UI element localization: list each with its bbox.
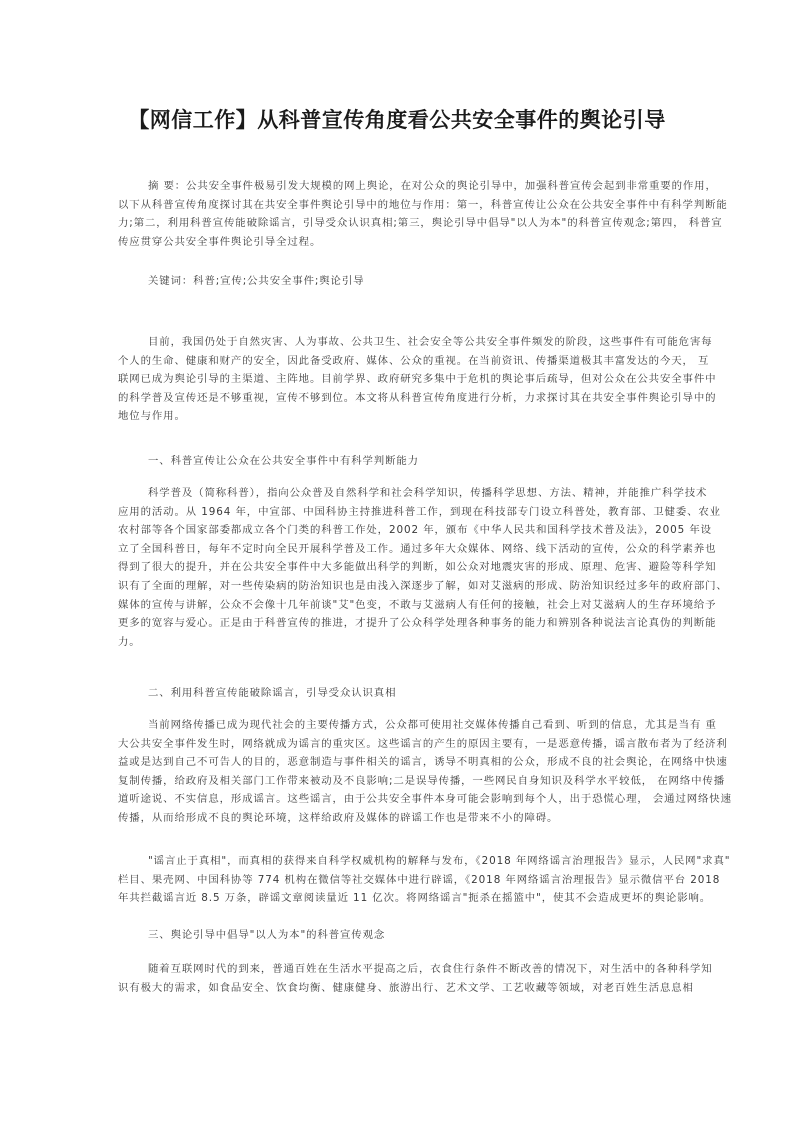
paragraph-line: 的科学普及宣传还是不够重视，宣传不够到位。本文将从科普宣传角度进行分析，力求探讨…: [118, 389, 690, 408]
paragraph-line: 联网已成为舆论引导的主渠道、主阵地。目前学界、政府研究多集中于危机的舆论事后疏导…: [118, 370, 690, 389]
abstract-line: 摘 要：公共安全事件极易引发大规模的网上舆论，在对公众的舆论引导中，加强科普宣传…: [118, 177, 690, 196]
paragraph-line: 大公共安全事件发生时，网络就成为谣言的重灾区。这些谣言的产生的原因主要有，一是恶…: [118, 735, 690, 754]
section-heading: 一、科普宣传让公众在公共安全事件中有科学判断能力: [118, 452, 690, 471]
section-2-paragraph-2: "谣言止于真相"，而真相的获得来自科学权威机构的解释与发布，《2018 年网络谣…: [118, 852, 690, 908]
paragraph-line: 地位与作用。: [118, 407, 690, 426]
paragraph-line: 传播，从而给形成不良的舆论环境，这样给政府及媒体的辟谣工作也是带来不小的障碍。: [118, 809, 690, 828]
paragraph-line: 个人的生命、健康和财产的安全，因此备受政府、媒体、公众的重视。在当前资讯、传播渠…: [118, 352, 690, 371]
paragraph-line: 当前网络传播已成为现代社会的主要传播方式，公众都可使用社交媒体传播自己看到、听到…: [118, 716, 690, 735]
abstract-line: 力;第二，利用科普宣传能破除谣言，引导受众认识真相;第三，舆论引导中倡导"以人为…: [118, 214, 690, 233]
intro-paragraph: 目前，我国仍处于自然灾害、人为事故、公共卫生、社会安全等公共安全事件频发的阶段，…: [118, 333, 690, 426]
paragraph-line: 更多的宽容与爱心。正是由于科普宣传的推进，才提升了公众科学处理各种事务的能力和辨…: [118, 614, 690, 633]
paragraph-line: 科学普及（简称科普），指向公众普及自然科学和社会科学知识，传播科学思想、方法、精…: [118, 484, 690, 503]
keywords-line: 关键词：科普;宣传;公共安全事件;舆论引导: [118, 272, 690, 291]
paragraph-line: 识有极大的需求，如食品安全、饮食均衡、健康健身、旅游出行、艺术文学、工艺收藏等领…: [118, 979, 690, 998]
paragraph-line: "谣言止于真相"，而真相的获得来自科学权威机构的解释与发布，《2018 年网络谣…: [118, 852, 690, 871]
paragraph-line: 复制传播，给政府及相关部门工作带来被动及不良影响;二是误导传播，一些网民自身知识…: [118, 772, 690, 791]
paragraph-line: 媒体的宣传与讲解，公众不会像十几年前谈"艾"色变，不敢与艾滋病人有任何的接触，社…: [118, 596, 690, 615]
section-1-paragraph: 科学普及（简称科普），指向公众普及自然科学和社会科学知识，传播科学思想、方法、精…: [118, 484, 690, 651]
paragraph-line: 年共拦截谣言近 8.5 万条，辟谣文章阅读量近 11 亿次。将网络谣言"扼杀在摇…: [118, 889, 690, 908]
section-3-heading: 三、舆论引导中倡导"以人为本"的科普宣传观念: [118, 926, 690, 945]
section-heading: 二、利用科普宣传能破除谣言，引导受众认识真相: [118, 684, 690, 703]
section-1-heading: 一、科普宣传让公众在公共安全事件中有科学判断能力: [118, 452, 690, 471]
keywords: 关键词：科普;宣传;公共安全事件;舆论引导: [118, 272, 690, 291]
paragraph-line: 立了全国科普日，每年不定时向全民开展科学普及工作。通过多年大众媒体、网络、线下活…: [118, 540, 690, 559]
paragraph-line: 识有了全面的理解，对一些传染病的防治知识也是由浅入深逐步了解，如对艾滋病的形成、…: [118, 577, 690, 596]
abstract-line: 以下从科普宣传角度探讨其在共安全事件舆论引导中的地位与作用：第一，科普宣传让公众…: [118, 196, 690, 215]
paragraph-line: 益或是达到自己不可告人的目的，恶意制造与事件相关的谣言，诱导不明真相的公众，形成…: [118, 753, 690, 772]
paragraph-line: 农村部等各个国家部委都成立各个门类的科普工作处，2002 年，颁布《中华人民共和…: [118, 521, 690, 540]
paragraph-line: 道听途说、不实信息，形成谣言。这些谣言，由于公共安全事件本身可能会影响到每个人，…: [118, 790, 690, 809]
paragraph-line: 目前，我国仍处于自然灾害、人为事故、公共卫生、社会安全等公共安全事件频发的阶段，…: [118, 333, 690, 352]
paragraph-line: 随着互联网时代的到来，普通百姓在生活水平提高之后，衣食住行条件不断改善的情况下，…: [118, 960, 690, 979]
abstract: 摘 要：公共安全事件极易引发大规模的网上舆论，在对公众的舆论引导中，加强科普宣传…: [118, 177, 690, 251]
paragraph-line: 应用的活动。从 1964 年，中宣部、中国科协主持推进科普工作，到现在科技部专门…: [118, 503, 690, 522]
section-3-paragraph: 随着互联网时代的到来，普通百姓在生活水平提高之后，衣食住行条件不断改善的情况下，…: [118, 960, 690, 997]
section-2-heading: 二、利用科普宣传能破除谣言，引导受众认识真相: [118, 684, 690, 703]
paragraph-line: 得到了很大的提升，并在公共安全事件中大多能做出科学的判断，如公众对地震灾害的形成…: [118, 558, 690, 577]
document-title: 【网信工作】从科普宣传角度看公共安全事件的舆论引导: [0, 104, 794, 134]
abstract-line: 传应贯穿公共安全事件舆论引导全过程。: [118, 233, 690, 252]
section-heading: 三、舆论引导中倡导"以人为本"的科普宣传观念: [118, 926, 690, 945]
section-2-paragraph-1: 当前网络传播已成为现代社会的主要传播方式，公众都可使用社交媒体传播自己看到、听到…: [118, 716, 690, 828]
paragraph-line: 栏目、果壳网、中国科协等 774 机构在微信等社交媒体中进行辟谣，《2018 年…: [118, 871, 690, 890]
paragraph-line: 力。: [118, 633, 690, 652]
